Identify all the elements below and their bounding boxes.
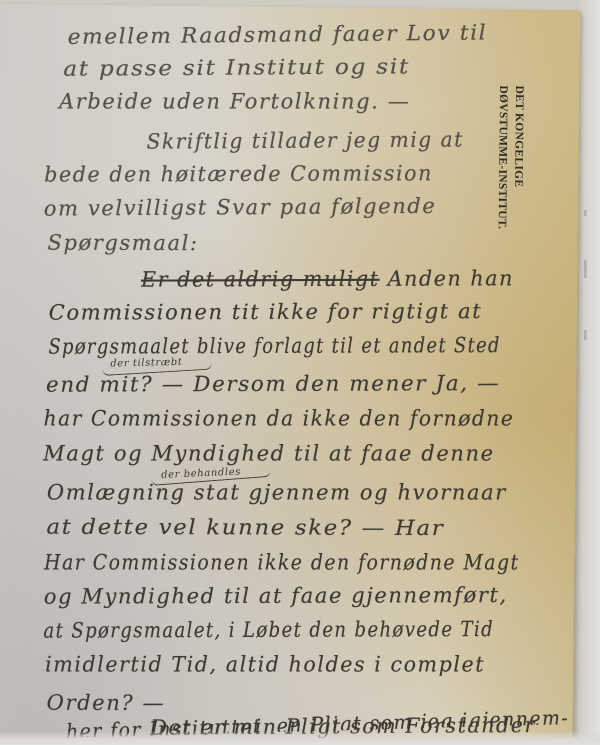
remaining-text: Anden han [380,266,514,290]
handwritten-line-10: Spørgsmaalet blive forlagt til et andet … [48,333,500,359]
handwritten-line-9: Commissionen tit ikke for rigtigt at [49,299,483,325]
handwritten-line-2: at passe sit Institut og sit [63,54,410,80]
handwritten-line-17: og Myndighed til at faae gjennemført, [44,583,508,609]
stamp-line-2: DØVSTUMME-INSTITUT. [495,85,511,235]
letter-sheet: DET KONGELIGE DØVSTUMME-INSTITUT. emelle… [0,4,581,745]
handwritten-line-4: Skriftlig tillader jeg mig at [146,127,463,153]
handwritten-line-15: at dette vel kunne ske? — Har [46,515,444,540]
handwritten-line-7: Spørgsmaal: [47,231,198,256]
handwritten-line-14: Omlægning stat gjennem og hvornaar [47,481,507,505]
handwritten-line-16: Har Commissionen ikke den fornødne Magt [44,551,519,575]
document-photo: DET KONGELIGE DØVSTUMME-INSTITUT. emelle… [0,0,600,745]
handwritten-line-5: bede den høitærede Commission [44,161,433,186]
background-surface-bottom [0,731,600,745]
handwritten-line-19: imidlertid Tid, altid holdes i complet [45,653,485,677]
handwritten-line-18: at Spørgsmaalet, i Løbet den behøvede Ti… [43,617,494,643]
handwritten-line-1: emellem Raadsmand faaer Lov til [68,20,488,48]
institute-stamp: DET KONGELIGE DØVSTUMME-INSTITUT. [490,85,532,235]
handwritten-line-3: Arbeide uden Fortolkning. — [59,90,410,114]
stamp-line-1: DET KONGELIGE [511,85,527,235]
struck-through-text: Er det aldrig muligt [141,267,380,292]
handwritten-line-20: Orden? — [47,691,165,715]
handwritten-line-11: end mit? — Dersom den mener Ja, — [46,371,500,397]
handwritten-line-8-struck: Er det aldrig muligt Anden han [141,266,514,291]
background-surface-right [578,0,600,745]
handwritten-line-13: Magt og Myndighed til at faae denne [43,442,494,466]
handwritten-line-12: har Commissionen da ikke den fornødne [44,407,515,431]
handwritten-line-6: om velvilligst Svar paa følgende [44,194,437,221]
